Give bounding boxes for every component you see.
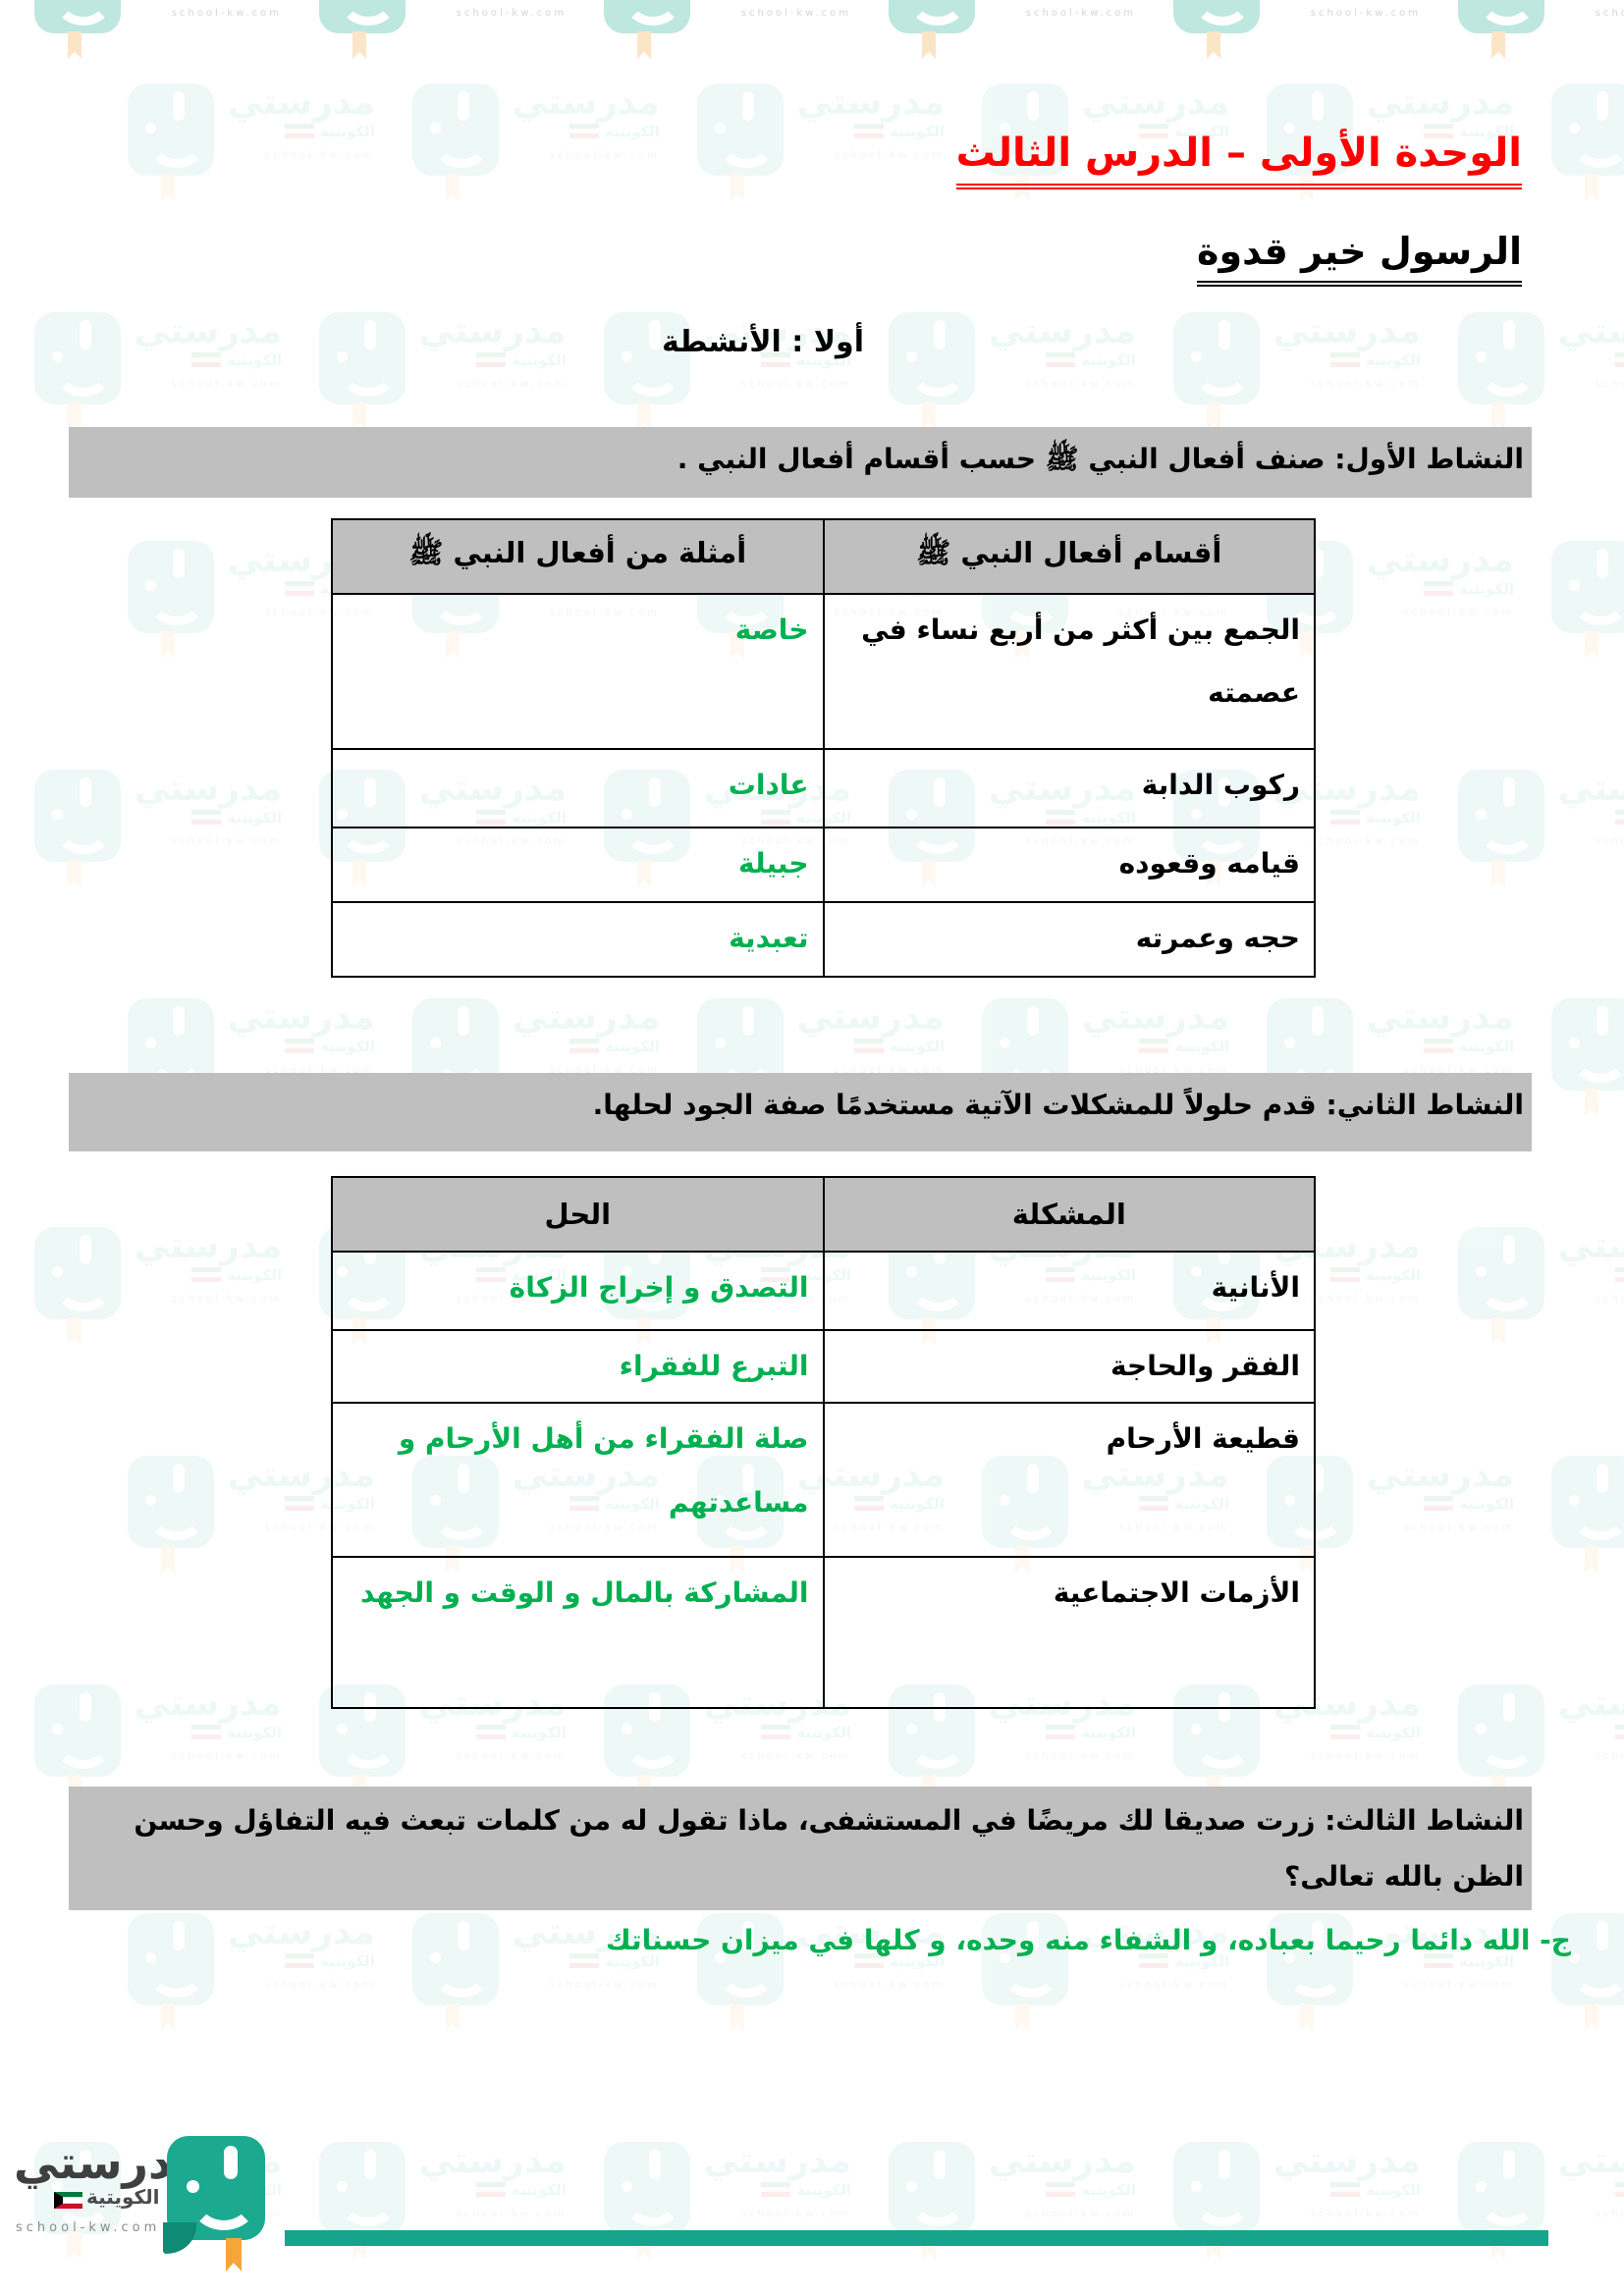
table2-solution-cell: التبرع للفقراء xyxy=(332,1330,824,1403)
website-url: school-kw.com xyxy=(16,2220,160,2235)
table1-example-cell: خاصة xyxy=(332,594,824,749)
activity1-heading: النشاط الأول: صنف أفعال النبي ﷺ حسب أقسا… xyxy=(69,427,1532,498)
page-content: الوحدة الأولى – الدرس الثالث الرسول خير … xyxy=(0,0,1624,2296)
table2-problem-cell: الأنانية xyxy=(824,1252,1316,1330)
school-logo-icon xyxy=(167,2136,265,2240)
table1-example-cell: جبيلة xyxy=(332,828,824,902)
table-row: قيامه وقعوده جبيلة xyxy=(332,828,1315,902)
table2-problem-cell: الأزمات الاجتماعية xyxy=(824,1557,1316,1708)
worksheet-page: مدرستيالكويتيةschool-kw.comمدرستيالكويتي… xyxy=(0,0,1624,2296)
page-subtitle: الرسول خير قدوة xyxy=(1197,230,1522,287)
table1-header-examples: أمثلة من أفعال النبي ﷺ xyxy=(332,519,824,594)
section-heading: أولا : الأنشطة xyxy=(616,325,910,359)
footer-divider-bar xyxy=(285,2230,1548,2246)
table-row: حجه وعمرته تعبدية xyxy=(332,902,1315,977)
activity2-table: المشكلة الحل الأنانية التصدق و إخراج الز… xyxy=(331,1176,1316,1709)
table-row: الفقر والحاجة التبرع للفقراء xyxy=(332,1330,1315,1403)
kuwait-flag-icon xyxy=(54,2192,82,2209)
table-row: الأزمات الاجتماعية المشاركة بالمال و الو… xyxy=(332,1557,1315,1708)
activity3-answer: ج- الله دائما رحيما بعباده، و الشفاء منه… xyxy=(606,1924,1571,1956)
activity1-table: أقسام أفعال النبي ﷺ أمثلة من أفعال النبي… xyxy=(331,518,1316,978)
activity3-heading: النشاط الثالث: زرت صديقا لك مريضًا في ال… xyxy=(69,1787,1532,1910)
activity2-heading: النشاط الثاني: قدم حلولاً للمشكلات الآتي… xyxy=(69,1073,1532,1151)
table-row: الأنانية التصدق و إخراج الزكاة xyxy=(332,1252,1315,1330)
table1-category-cell: حجه وعمرته xyxy=(824,902,1316,977)
table2-solution-cell: صلة الفقراء من أهل الأرحام و مساعدتهم xyxy=(332,1403,824,1557)
table1-example-cell: تعبدية xyxy=(332,902,824,977)
table1-category-cell: الجمع بين أكثر من أربع نساء في عصمته xyxy=(824,594,1316,749)
brand-subtitle: الكويتية xyxy=(86,2185,160,2209)
page-title: الوحدة الأولى – الدرس الثالث xyxy=(956,131,1522,189)
table2-header-solution: الحل xyxy=(332,1177,824,1252)
table2-header-problem: المشكلة xyxy=(824,1177,1316,1252)
table1-category-cell: ركوب الدابة xyxy=(824,749,1316,828)
table1-header-categories: أقسام أفعال النبي ﷺ xyxy=(824,519,1316,594)
table-row: الجمع بين أكثر من أربع نساء في عصمته خاص… xyxy=(332,594,1315,749)
table1-example-cell: عادات xyxy=(332,749,824,828)
table1-category-cell: قيامه وقعوده xyxy=(824,828,1316,902)
table-row: قطيعة الأرحام صلة الفقراء من أهل الأرحام… xyxy=(332,1403,1315,1557)
table2-problem-cell: قطيعة الأرحام xyxy=(824,1403,1316,1557)
table2-solution-cell: التصدق و إخراج الزكاة xyxy=(332,1252,824,1330)
table2-problem-cell: الفقر والحاجة xyxy=(824,1330,1316,1403)
table-row: ركوب الدابة عادات xyxy=(332,749,1315,828)
table2-solution-cell: المشاركة بالمال و الوقت و الجهد xyxy=(332,1557,824,1708)
